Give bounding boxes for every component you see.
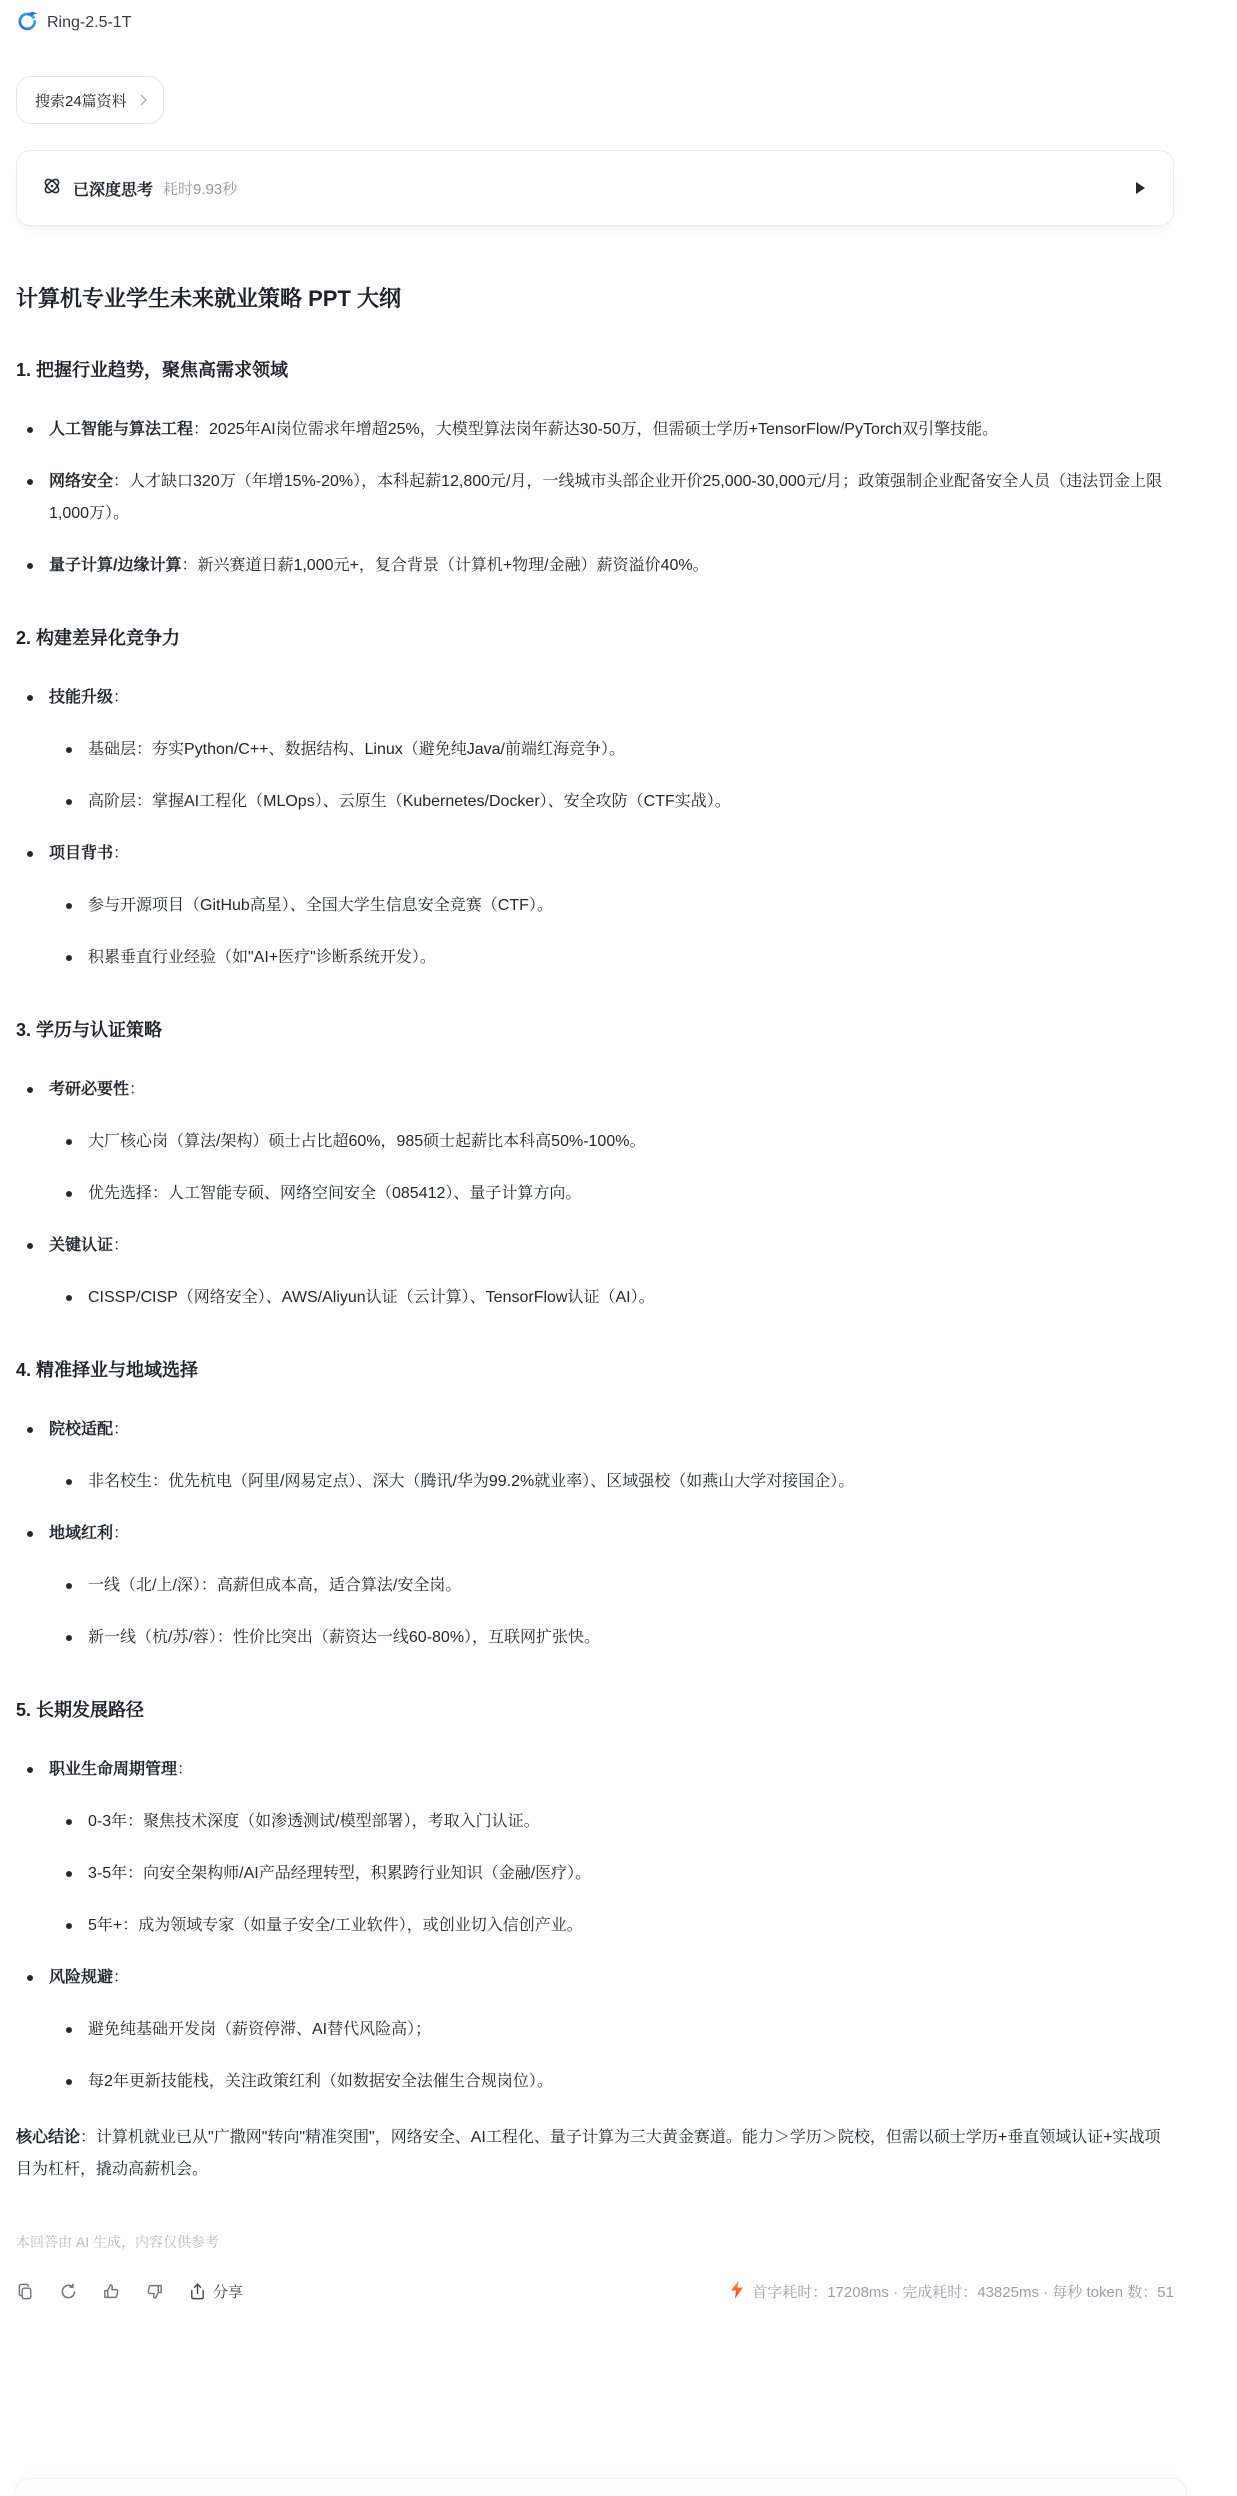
thinking-duration: 耗时9.93秒 [163,178,237,199]
sub-list-item: CISSP/CISP（网络安全）、AWS/Aliyun认证（云计算）、Tenso… [55,1282,1174,1314]
list-item: 量子计算/边缘计算：新兴赛道日薪1,000元+，复合背景（计算机+物理/金融）薪… [16,550,1174,582]
list-item-text: ： [129,1081,145,1098]
sub-list-item: 优先选择：人工智能专硕、网络空间安全（085412）、量子计算方向。 [55,1178,1174,1210]
list-item: 技能升级：基础层：夯实Python/C++、数据结构、Linux（避免纯Java… [16,682,1174,818]
thumbs-down-button[interactable] [145,2282,164,2301]
message-input-bar[interactable] [14,2478,1187,2496]
list-item: 考研必要性：大厂核心岗（算法/架构）硕士占比超60%，985硕士起薪比本科高50… [16,1074,1174,1210]
model-header: Ring-2.5-1T [16,10,1174,36]
sub-bullet-list: 0-3年：聚焦技术深度（如渗透测试/模型部署），考取入门认证。3-5年：向安全架… [55,1806,1174,1942]
sub-list-item: 5年+：成为领域专家（如量子安全/工业软件），或创业切入信创产业。 [55,1910,1174,1942]
sub-bullet-list: CISSP/CISP（网络安全）、AWS/Aliyun认证（云计算）、Tenso… [55,1282,1174,1314]
article-sections: 1. 把握行业趋势，聚焦高需求领域人工智能与算法工程：2025年AI岗位需求年增… [16,358,1174,2098]
regenerate-button[interactable] [59,2282,78,2301]
response-toolbar: 分享 首字耗时：17208ms · 完成耗时：43825ms · 每秒 toke… [16,2280,1174,2303]
list-item-text: ： [113,689,129,706]
list-item-label: 技能升级 [49,689,113,706]
list-item: 项目背书：参与开源项目（GitHub高星）、全国大学生信息安全竞赛（CTF）。积… [16,838,1174,974]
lightning-icon [730,2280,744,2303]
sub-list-item: 一线（北/上/深）：高薪但成本高，适合算法/安全岗。 [55,1570,1174,1602]
conclusion-text: ：计算机就业已从"广撒网"转向"精准突围"，网络安全、AI工程化、量子计算为三大… [16,2129,1161,2178]
section-heading: 1. 把握行业趋势，聚焦高需求领域 [16,358,1174,382]
list-item-label: 网络安全 [49,473,113,490]
list-item: 地域红利：一线（北/上/深）：高薪但成本高，适合算法/安全岗。新一线（杭/苏/蓉… [16,1518,1174,1654]
chevron-right-icon [135,94,146,105]
sub-list-item: 基础层：夯实Python/C++、数据结构、Linux（避免纯Java/前端红海… [55,734,1174,766]
model-name: Ring-2.5-1T [47,14,131,32]
thumbs-down-icon [145,2282,164,2301]
sub-list-item: 参与开源项目（GitHub高星）、全国大学生信息安全竞赛（CTF）。 [55,890,1174,922]
copy-icon [16,2282,35,2301]
page-title: 计算机专业学生未来就业策略 PPT 大纲 [16,284,1174,314]
sub-list-item: 大厂核心岗（算法/架构）硕士占比超60%，985硕士起薪比本科高50%-100%… [55,1126,1174,1158]
section-heading: 4. 精准择业与地域选择 [16,1358,1174,1382]
chat-response: Ring-2.5-1T 搜索24篇资料 已深度思考 耗时9.93秒 计算机专业学… [0,0,1237,2303]
list-item-text: ：2025年AI岗位需求年增超25%，大模型算法岗年薪达30-50万，但需硕士学… [193,421,998,438]
list-item: 人工智能与算法工程：2025年AI岗位需求年增超25%，大模型算法岗年薪达30-… [16,414,1174,446]
conclusion-label: 核心结论 [16,2129,80,2146]
atom-icon [41,175,63,202]
copy-button[interactable] [16,2282,35,2301]
list-item-label: 地域红利 [49,1525,113,1542]
ai-disclaimer: 本回答由 AI 生成，内容仅供参考 [16,2232,1174,2252]
share-label: 分享 [213,2281,243,2302]
sub-bullet-list: 一线（北/上/深）：高薪但成本高，适合算法/安全岗。新一线（杭/苏/蓉）：性价比… [55,1570,1174,1654]
list-item-label: 风险规避 [49,1969,113,1986]
ring-logo-icon [16,10,38,37]
sub-list-item: 积累垂直行业经验（如"AI+医疗"诊断系统开发）。 [55,942,1174,974]
list-item-text: ： [113,1237,129,1254]
sub-list-item: 0-3年：聚焦技术深度（如渗透测试/模型部署），考取入门认证。 [55,1806,1174,1838]
share-button[interactable]: 分享 [188,2281,243,2302]
search-sources-chip[interactable]: 搜索24篇资料 [16,76,164,124]
list-item-text: ： [113,1421,129,1438]
list-item-text: ：人才缺口320万（年增15%-20%），本科起薪12,800元/月，一线城市头… [49,473,1162,522]
section-heading: 3. 学历与认证策略 [16,1018,1174,1042]
bullet-list: 院校适配：非名校生：优先杭电（阿里/网易定点）、深大（腾讯/华为99.2%就业率… [16,1414,1174,1654]
section-heading: 2. 构建差异化竞争力 [16,626,1174,650]
list-item-label: 院校适配 [49,1421,113,1438]
list-item: 职业生命周期管理：0-3年：聚焦技术深度（如渗透测试/模型部署），考取入门认证。… [16,1754,1174,1942]
list-item-text: ：新兴赛道日薪1,000元+，复合背景（计算机+物理/金融）薪资溢价40%。 [181,557,708,574]
sub-list-item: 高阶层：掌握AI工程化（MLOps）、云原生（Kubernetes/Docker… [55,786,1174,818]
list-item: 院校适配：非名校生：优先杭电（阿里/网易定点）、深大（腾讯/华为99.2%就业率… [16,1414,1174,1498]
sub-list-item: 新一线（杭/苏/蓉）：性价比突出（薪资达一线60-80%），互联网扩张快。 [55,1622,1174,1654]
sub-list-item: 每2年更新技能栈，关注政策红利（如数据安全法催生合规岗位）。 [55,2066,1174,2098]
sub-list-item: 3-5年：向安全架构师/AI产品经理转型，积累跨行业知识（金融/医疗）。 [55,1858,1174,1890]
sub-list-item: 非名校生：优先杭电（阿里/网易定点）、深大（腾讯/华为99.2%就业率）、区域强… [55,1466,1174,1498]
bullet-list: 职业生命周期管理：0-3年：聚焦技术深度（如渗透测试/模型部署），考取入门认证。… [16,1754,1174,2098]
list-item-label: 关键认证 [49,1237,113,1254]
sub-list-item: 避免纯基础开发岗（薪资停滞、AI替代风险高）； [55,2014,1174,2046]
list-item: 风险规避：避免纯基础开发岗（薪资停滞、AI替代风险高）；每2年更新技能栈，关注政… [16,1962,1174,2098]
expand-triangle-icon[interactable] [1136,182,1145,194]
list-item: 网络安全：人才缺口320万（年增15%-20%），本科起薪12,800元/月，一… [16,466,1174,530]
bullet-list: 人工智能与算法工程：2025年AI岗位需求年增超25%，大模型算法岗年薪达30-… [16,414,1174,582]
section-heading: 5. 长期发展路径 [16,1698,1174,1722]
bullet-list: 技能升级：基础层：夯实Python/C++、数据结构、Linux（避免纯Java… [16,682,1174,974]
list-item-label: 项目背书 [49,845,113,862]
sub-bullet-list: 避免纯基础开发岗（薪资停滞、AI替代风险高）；每2年更新技能栈，关注政策红利（如… [55,2014,1174,2098]
generation-stats: 首字耗时：17208ms · 完成耗时：43825ms · 每秒 token 数… [730,2280,1174,2303]
deep-thinking-panel[interactable]: 已深度思考 耗时9.93秒 [16,150,1174,226]
list-item-label: 量子计算/边缘计算 [49,557,181,574]
stats-text: 首字耗时：17208ms · 完成耗时：43825ms · 每秒 token 数… [752,2281,1174,2302]
regenerate-icon [59,2282,78,2301]
list-item-label: 人工智能与算法工程 [49,421,193,438]
share-icon [188,2282,207,2301]
list-item-text: ： [113,1525,129,1542]
sub-bullet-list: 基础层：夯实Python/C++、数据结构、Linux（避免纯Java/前端红海… [55,734,1174,818]
sub-bullet-list: 大厂核心岗（算法/架构）硕士占比超60%，985硕士起薪比本科高50%-100%… [55,1126,1174,1210]
sub-bullet-list: 非名校生：优先杭电（阿里/网易定点）、深大（腾讯/华为99.2%就业率）、区域强… [55,1466,1174,1498]
list-item: 关键认证：CISSP/CISP（网络安全）、AWS/Aliyun认证（云计算）、… [16,1230,1174,1314]
list-item-text: ： [177,1761,193,1778]
thumbs-up-icon [102,2282,121,2301]
list-item-text: ： [113,1969,129,1986]
thinking-title: 已深度思考 [73,177,153,200]
conclusion-paragraph: 核心结论：计算机就业已从"广撒网"转向"精准突围"，网络安全、AI工程化、量子计… [16,2122,1174,2186]
sub-bullet-list: 参与开源项目（GitHub高星）、全国大学生信息安全竞赛（CTF）。积累垂直行业… [55,890,1174,974]
thumbs-up-button[interactable] [102,2282,121,2301]
search-sources-label: 搜索24篇资料 [35,90,127,111]
bullet-list: 考研必要性：大厂核心岗（算法/架构）硕士占比超60%，985硕士起薪比本科高50… [16,1074,1174,1314]
list-item-label: 职业生命周期管理 [49,1761,177,1778]
list-item-text: ： [113,845,129,862]
list-item-label: 考研必要性 [49,1081,129,1098]
